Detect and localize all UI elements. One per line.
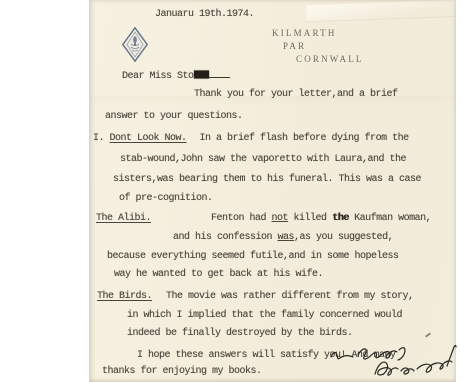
redacted-name (194, 71, 209, 79)
section-alibi-line-2: and his confession was,as you suggested, (173, 232, 393, 243)
section-heading-alibi: The Alibi. (96, 213, 151, 224)
letter-date: Januaru 19th.1974. (155, 9, 254, 20)
salutation-underline (209, 68, 230, 78)
letterhead-line-1: KILMARTH (272, 28, 337, 38)
intro-line-2: answer to your questions. (105, 111, 243, 122)
emphasized-word-not: not (272, 213, 289, 224)
letterhead-line-2: PAR (283, 41, 306, 51)
section-number: I. (93, 133, 110, 144)
section-dont-look-now-line-4: of pre-cognition. (119, 193, 213, 204)
signature-handwriting (327, 340, 459, 382)
section-alibi-line-4: way he wanted to get back at his wife. (114, 269, 323, 280)
section-text: Fenton had (211, 213, 272, 224)
closing-line-2: thanks for enjoying my books. (102, 366, 262, 377)
diamond-crest-icon (122, 27, 148, 62)
section-text: ,as you suggested, (294, 232, 393, 243)
section-text: In a brief flash before dying from the (200, 133, 409, 144)
overstruck-word-the: the (332, 213, 349, 224)
section-text: Kaufman woman, (349, 213, 432, 224)
section-dont-look-now-line-3: sisters,was bearing them to his funeral.… (113, 174, 421, 185)
section-dont-look-now-line-1: I. Dont Look Now.In a brief flash before… (93, 133, 409, 144)
section-alibi-line-1: The Alibi.Fenton had not killed the Kauf… (96, 213, 431, 224)
section-text: and his confession (173, 232, 278, 243)
emphasized-word-was: was (278, 232, 295, 243)
salutation: Dear Miss Sto (122, 68, 230, 82)
section-text: killed (288, 213, 332, 224)
salutation-prefix: Dear Miss Sto (122, 71, 194, 82)
section-heading-dont-look-now: Dont Look Now. (110, 133, 187, 144)
stray-mark (425, 332, 431, 337)
section-alibi-line-3: because everything seemed futile,and in … (107, 251, 399, 262)
letter-photo: Januaru 19th.1974. KILMARTH PAR CORNWALL… (0, 0, 468, 382)
section-birds-line-1: The Birds.The movie was rather different… (97, 291, 414, 302)
section-birds-line-3: indeed be finally destroyed by the birds… (127, 328, 353, 339)
letterhead-line-3: CORNWALL (296, 54, 364, 64)
section-heading-birds: The Birds. (97, 291, 152, 302)
section-birds-line-2: in which I implied that the family conce… (127, 310, 402, 321)
paper-crease-top (306, 0, 457, 22)
letter-paper: Januaru 19th.1974. KILMARTH PAR CORNWALL… (89, 0, 456, 382)
intro-line-1: Thank you for your letter,and a brief (194, 89, 398, 100)
section-dont-look-now-line-2: stab-wound,John saw the vaporetto with L… (120, 154, 406, 165)
section-text: The movie was rather different from my s… (166, 291, 414, 302)
